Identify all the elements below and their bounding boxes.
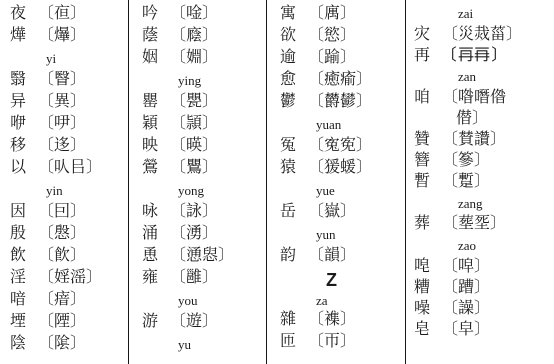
- variant-forms: 〔湧〕: [170, 226, 218, 242]
- headword-character: 游: [142, 314, 170, 330]
- headword-character: 异: [10, 94, 38, 110]
- headword-character: 咱: [414, 90, 442, 106]
- variant-character-table: 夜〔亱〕燁〔爗〕yi翳〔瞖〕异〔異〕咿〔吚〕移〔迻〕以〔㕥㠯〕yin因〔囙〕殷〔…: [0, 0, 554, 364]
- headword-character: 映: [142, 138, 170, 154]
- headword-character: 韵: [280, 248, 308, 264]
- headword-character: 燁: [10, 28, 38, 44]
- headword-character: 鶯: [142, 160, 170, 176]
- entry-row: 岳〔嶽〕: [280, 201, 405, 223]
- entry-row: 姻〔婣〕: [142, 47, 266, 69]
- variant-forms: 〔異〕: [38, 94, 86, 110]
- entry-row: 鬱〔欝鬰〕: [280, 91, 405, 113]
- pinyin-label: you: [142, 289, 266, 311]
- headword-character: 噪: [414, 301, 442, 317]
- headword-character: 簪: [414, 153, 442, 169]
- variant-forms: 〔遊〕: [170, 314, 218, 330]
- variant-forms: 〔吚〕: [38, 116, 86, 132]
- pinyin-label: zang: [414, 193, 553, 214]
- variant-forms: 〔災烖菑〕: [442, 27, 522, 43]
- pinyin-label: yue: [280, 179, 405, 201]
- headword-character: 糟: [414, 280, 442, 296]
- pinyin-label: yin: [10, 179, 128, 201]
- headword-character: 因: [10, 204, 38, 220]
- entry-row: 韵〔韻〕: [280, 245, 405, 267]
- headword-character: 吟: [142, 6, 170, 22]
- variant-forms: 〔蹧〕: [442, 280, 490, 296]
- variant-forms: 〔癒瘉〕: [308, 72, 372, 88]
- variant-forms: 〔塟㘸〕: [442, 216, 506, 232]
- variant-forms: 〔甖〕: [170, 94, 218, 110]
- pinyin-label: yong: [142, 179, 266, 201]
- headword-character: 贊: [414, 132, 442, 148]
- entry-row: 雜〔襍〕: [280, 309, 405, 331]
- variant-forms: 〔雝〕: [170, 270, 218, 286]
- variant-forms: 〔婣〕: [170, 50, 218, 66]
- variant-forms: 〔廕〕: [170, 28, 218, 44]
- entry-row: 恿〔慂惥〕: [142, 245, 266, 267]
- pinyin-label: za: [280, 292, 405, 309]
- variant-forms: 〔隂〕: [38, 336, 86, 352]
- headword-character: 飲: [10, 248, 38, 264]
- headword-character: 愈: [280, 72, 308, 88]
- entry-row: 异〔異〕: [10, 91, 128, 113]
- variant-forms: 〔鸎〕: [170, 160, 218, 176]
- variant-forms: 〔猨蝯〕: [308, 160, 372, 176]
- headword-character: 淫: [10, 270, 38, 286]
- variant-forms: 〔唫〕: [170, 6, 218, 22]
- headword-character: 猿: [280, 160, 308, 176]
- variant-forms: 〔陻〕: [38, 314, 86, 330]
- variant-forms: 〔頴〕: [170, 116, 218, 132]
- headword-character: 移: [10, 138, 38, 154]
- entry-row: 匝〔帀〕: [280, 331, 405, 353]
- pinyin-label: yu: [142, 333, 266, 355]
- entry-row: 鶯〔鸎〕: [142, 157, 266, 179]
- entry-row: 灾〔災烖菑〕: [414, 24, 553, 45]
- section-letter: Z: [280, 267, 405, 292]
- table-column: 寓〔庽〕欲〔慾〕逾〔踰〕愈〔癒瘉〕鬱〔欝鬰〕yuan冤〔寃𡨚〕猿〔猨蝯〕yue岳…: [267, 0, 406, 364]
- headword-character: 葬: [414, 216, 442, 232]
- variant-forms: 〔韻〕: [308, 248, 356, 264]
- entry-row: 吟〔唫〕: [142, 3, 266, 25]
- variant-forms: 〔譟〕: [442, 301, 490, 317]
- variant-forms: 〔瞖〕: [38, 72, 86, 88]
- headword-character: 咿: [10, 116, 38, 132]
- variant-forms: 〔飮〕: [38, 248, 86, 264]
- variant-forms: 〔迻〕: [38, 138, 86, 154]
- headword-character: 姻: [142, 50, 170, 66]
- headword-character: 罌: [142, 94, 170, 110]
- entry-row: 移〔迻〕: [10, 135, 128, 157]
- pinyin-label: ying: [142, 69, 266, 91]
- pinyin-label: yi: [10, 47, 128, 69]
- entry-row: 陰〔隂〕: [10, 333, 128, 355]
- table-column: 夜〔亱〕燁〔爗〕yi翳〔瞖〕异〔異〕咿〔吚〕移〔迻〕以〔㕥㠯〕yin因〔囙〕殷〔…: [0, 0, 129, 364]
- headword-character: 鬱: [280, 94, 308, 110]
- variant-forms: 〔詠〕: [170, 204, 218, 220]
- entry-row: 愈〔癒瘉〕: [280, 69, 405, 91]
- entry-row: 唣〔唕〕: [414, 256, 553, 277]
- headword-character: 冤: [280, 138, 308, 154]
- entry-row: 暫〔蹔〕: [414, 172, 553, 193]
- entry-row: 夜〔亱〕: [10, 3, 128, 25]
- entry-row: 翳〔瞖〕: [10, 69, 128, 91]
- headword-character: 陰: [10, 336, 38, 352]
- variant-forms: 〔賛讚〕: [442, 132, 506, 148]
- entry-row: 淫〔婬滛〕: [10, 267, 128, 289]
- entry-row: 以〔㕥㠯〕: [10, 157, 128, 179]
- variant-forms: 〔蹔〕: [442, 174, 490, 190]
- entry-row: 皂〔皁〕: [414, 319, 553, 340]
- headword-character: 夜: [10, 6, 38, 22]
- variant-forms: 〔亱〕: [38, 6, 86, 22]
- pinyin-label: yuan: [280, 113, 405, 135]
- variant-forms: 〔瘖〕: [38, 292, 86, 308]
- entry-row: 燁〔爗〕: [10, 25, 128, 47]
- entry-row: 堙〔陻〕: [10, 311, 128, 333]
- table-column: zai灾〔災烖菑〕再〔𠕂𠕅〕zan咱〔喒噆偺僣〕贊〔賛讚〕簪〔篸〕暫〔蹔〕zan…: [406, 0, 553, 364]
- entry-row: 糟〔蹧〕: [414, 277, 553, 298]
- headword-character: 暫: [414, 174, 442, 190]
- entry-row: 罌〔甖〕: [142, 91, 266, 113]
- entry-row: 簪〔篸〕: [414, 151, 553, 172]
- variant-forms: 〔暎〕: [170, 138, 218, 154]
- entry-row: 再〔𠕂𠕅〕: [414, 45, 553, 66]
- headword-character: 寓: [280, 6, 308, 22]
- headword-character: 殷: [10, 226, 38, 242]
- pinyin-label: zai: [414, 3, 553, 24]
- headword-character: 皂: [414, 322, 442, 338]
- entry-row: 咿〔吚〕: [10, 113, 128, 135]
- entry-row: 喑〔瘖〕: [10, 289, 128, 311]
- variant-forms: 〔踰〕: [308, 50, 356, 66]
- headword-character: 喑: [10, 292, 38, 308]
- entry-row: 咱〔喒噆偺: [414, 87, 553, 108]
- headword-character: 欲: [280, 28, 308, 44]
- pinyin-label: yun: [280, 223, 405, 245]
- headword-character: 涌: [142, 226, 170, 242]
- table-column: 吟〔唫〕蔭〔廕〕姻〔婣〕ying罌〔甖〕穎〔頴〕映〔暎〕鶯〔鸎〕yong咏〔詠〕…: [129, 0, 267, 364]
- variant-forms: 〔囙〕: [38, 204, 86, 220]
- entry-continuation: 僣〕: [414, 108, 553, 129]
- entry-row: 噪〔譟〕: [414, 298, 553, 319]
- headword-character: 堙: [10, 314, 38, 330]
- entry-row: 飲〔飮〕: [10, 245, 128, 267]
- variant-forms: 〔婬滛〕: [38, 270, 102, 286]
- entry-row: 葬〔塟㘸〕: [414, 214, 553, 235]
- variant-forms: 〔慂惥〕: [170, 248, 234, 264]
- entry-row: 咏〔詠〕: [142, 201, 266, 223]
- variant-forms: 〔慾〕: [308, 28, 356, 44]
- variant-forms: 〔喒噆偺: [442, 90, 506, 106]
- headword-character: 匝: [280, 334, 308, 350]
- entry-row: 穎〔頴〕: [142, 113, 266, 135]
- headword-character: 穎: [142, 116, 170, 132]
- headword-character: 岳: [280, 204, 308, 220]
- entry-row: 雍〔雝〕: [142, 267, 266, 289]
- entry-row: 猿〔猨蝯〕: [280, 157, 405, 179]
- entry-row: 映〔暎〕: [142, 135, 266, 157]
- headword-character: 翳: [10, 72, 38, 88]
- headword-character: 恿: [142, 248, 170, 264]
- headword-character: 以: [10, 160, 38, 176]
- headword-character: 雜: [280, 312, 308, 328]
- variant-forms: 〔襍〕: [308, 312, 356, 328]
- variant-forms: 〔皁〕: [442, 322, 490, 338]
- entry-row: 殷〔慇〕: [10, 223, 128, 245]
- variant-forms: 〔帀〕: [308, 334, 356, 350]
- variant-forms: 〔唕〕: [442, 259, 490, 275]
- variant-forms: 〔嶽〕: [308, 204, 356, 220]
- pinyin-label: zan: [414, 66, 553, 87]
- headword-character: 蔭: [142, 28, 170, 44]
- variant-forms: 〔欝鬰〕: [308, 94, 372, 110]
- headword-character: 逾: [280, 50, 308, 66]
- headword-character: 灾: [414, 27, 442, 43]
- variant-forms: 〔㕥㠯〕: [38, 160, 102, 176]
- entry-row: 寓〔庽〕: [280, 3, 405, 25]
- headword-character: 雍: [142, 270, 170, 286]
- variant-forms: 〔篸〕: [442, 153, 490, 169]
- entry-row: 欲〔慾〕: [280, 25, 405, 47]
- entry-row: 蔭〔廕〕: [142, 25, 266, 47]
- variant-forms: 〔𠕂𠕅〕: [442, 48, 506, 64]
- entry-row: 游〔遊〕: [142, 311, 266, 333]
- variant-forms: 〔慇〕: [38, 226, 86, 242]
- variant-forms: 〔庽〕: [308, 6, 356, 22]
- entry-row: 因〔囙〕: [10, 201, 128, 223]
- pinyin-label: zao: [414, 235, 553, 256]
- entry-row: 贊〔賛讚〕: [414, 130, 553, 151]
- variant-forms: 〔寃𡨚〕: [308, 138, 372, 154]
- headword-character: 咏: [142, 204, 170, 220]
- entry-row: 逾〔踰〕: [280, 47, 405, 69]
- entry-row: 冤〔寃𡨚〕: [280, 135, 405, 157]
- entry-row: 涌〔湧〕: [142, 223, 266, 245]
- headword-character: 唣: [414, 259, 442, 275]
- variant-forms: 〔爗〕: [38, 28, 86, 44]
- headword-character: 再: [414, 48, 442, 64]
